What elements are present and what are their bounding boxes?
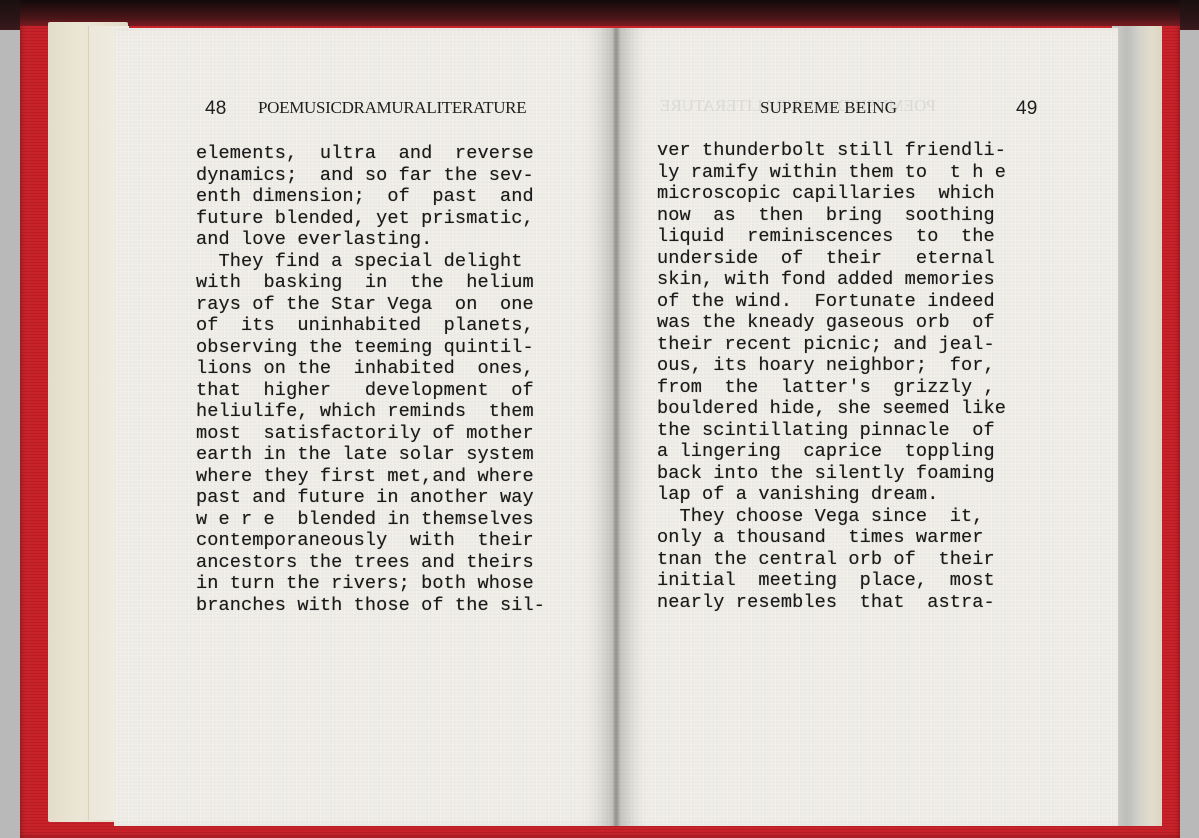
- text-line: from the latter's grizzly ,: [657, 377, 1006, 399]
- text-line: the scintillating pinnacle of: [657, 420, 1006, 442]
- text-line: contemporaneously with their: [196, 530, 545, 552]
- text-line: their recent picnic; and jeal-: [657, 334, 1006, 356]
- text-line: They find a special delight: [196, 251, 545, 273]
- text-line: earth in the late solar system: [196, 444, 545, 466]
- text-line: past and future in another way: [196, 487, 545, 509]
- left-page-body: elements, ultra and reversedynamics; and…: [196, 143, 545, 616]
- text-line: tnan the central orb of their: [657, 549, 1006, 571]
- text-line: w e r e blended in themselves: [196, 509, 545, 531]
- text-line: ancestors the trees and theirs: [196, 552, 545, 574]
- text-line: was the kneady gaseous orb of: [657, 312, 1006, 334]
- text-line: elements, ultra and reverse: [196, 143, 545, 165]
- text-line: a lingering caprice toppling: [657, 441, 1006, 463]
- text-line: ly ramify within them to t h e: [657, 162, 1006, 184]
- right-page-body: ver thunderbolt still friendli-ly ramify…: [657, 140, 1006, 613]
- cover-top-edge: [20, 0, 1180, 26]
- text-line: skin, with fond added memories: [657, 269, 1006, 291]
- text-line: future blended, yet prismatic,: [196, 208, 545, 230]
- right-page-edges: [1112, 26, 1162, 826]
- text-line: microscopic capillaries which: [657, 183, 1006, 205]
- text-line: nearly resembles that astra-: [657, 592, 1006, 614]
- text-line: They choose Vega since it,: [657, 506, 1006, 528]
- book-gutter: [612, 28, 620, 826]
- text-line: lions on the inhabited ones,: [196, 358, 545, 380]
- text-line: and love everlasting.: [196, 229, 545, 251]
- text-line: in turn the rivers; both whose: [196, 573, 545, 595]
- text-line: initial meeting place, most: [657, 570, 1006, 592]
- running-head-left: POEMUSICDRAMURALITERATURE: [258, 98, 526, 118]
- text-line: underside of their eternal: [657, 248, 1006, 270]
- text-line: bouldered hide, she seemed like: [657, 398, 1006, 420]
- text-line: branches with those of the sil-: [196, 595, 545, 617]
- text-line: now as then bring soothing: [657, 205, 1006, 227]
- text-line: of its uninhabited planets,: [196, 315, 545, 337]
- text-line: rays of the Star Vega on one: [196, 294, 545, 316]
- text-line: heliulife, which reminds them: [196, 401, 545, 423]
- text-line: with basking in the helium: [196, 272, 545, 294]
- text-line: where they first met,and where: [196, 466, 545, 488]
- text-line: lap of a vanishing dream.: [657, 484, 1006, 506]
- text-line: most satisfactorily of mother: [196, 423, 545, 445]
- text-line: back into the silently foaming: [657, 463, 1006, 485]
- text-line: dynamics; and so far the sev-: [196, 165, 545, 187]
- text-line: that higher development of: [196, 380, 545, 402]
- text-line: enth dimension; of past and: [196, 186, 545, 208]
- page-number-left: 48: [205, 98, 227, 120]
- page-number-right: 49: [1016, 98, 1038, 120]
- running-head-right: SUPREME BEING: [760, 98, 897, 118]
- text-line: of the wind. Fortunate indeed: [657, 291, 1006, 313]
- text-line: ous, its hoary neighbor; for,: [657, 355, 1006, 377]
- text-line: only a thousand times warmer: [657, 527, 1006, 549]
- text-line: observing the teeming quintil-: [196, 337, 545, 359]
- text-line: ver thunderbolt still friendli-: [657, 140, 1006, 162]
- text-line: liquid reminiscences to the: [657, 226, 1006, 248]
